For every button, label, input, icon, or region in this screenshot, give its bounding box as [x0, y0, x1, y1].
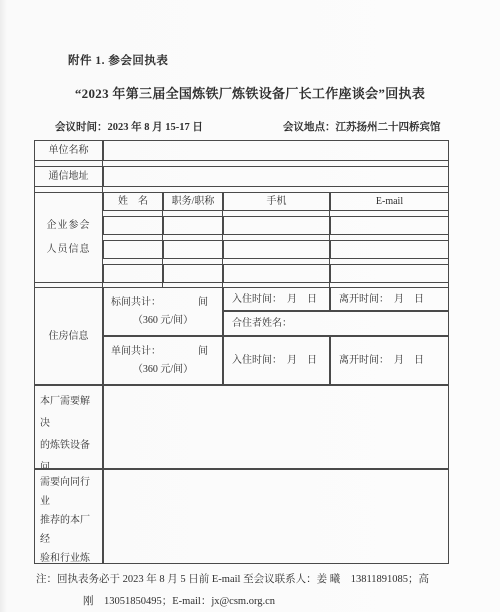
attachment-label: 附件 1. 参会回执表	[68, 52, 500, 68]
column-header-mobile: 手机	[223, 192, 330, 211]
meeting-place-label: 会议地点：	[283, 122, 336, 133]
footnote-line-2: 刚 13051850495；E-mail：jx@csm.org.cn	[36, 591, 460, 612]
participant-mobile-cell	[223, 216, 330, 235]
participant-title-cell	[163, 216, 223, 235]
meeting-time-value: 2023 年 8 月 15-17 日	[108, 122, 203, 133]
checkout-time-cell: 离开时间： 月 日	[330, 336, 449, 385]
problems-cell	[103, 385, 449, 469]
roommate-name-cell: 合住者姓名：	[223, 311, 449, 336]
footnote-line-1: 注：回执表务必于 2023 年 8 月 5 日前 E-mail 至会议联系人：姜…	[36, 569, 460, 591]
column-header-title: 职务/职称	[163, 192, 223, 211]
participant-email-cell	[330, 240, 449, 259]
form-title: “2023 年第三届全国炼铁厂炼铁设备厂长工作座谈会”回执表	[0, 83, 500, 102]
meeting-place-value: 江苏扬州二十四桥宾馆	[336, 122, 441, 133]
housing-section-label: 住房信息	[34, 287, 103, 385]
column-header-email: E-mail	[330, 192, 449, 211]
participant-title-cell	[163, 240, 223, 259]
reply-form-table: 单位名称 通信地址 企业参会 人员信息 姓 名 职务/职称 手机 E-mail …	[34, 140, 449, 564]
participants-section-label: 企业参会 人员信息	[34, 192, 103, 283]
column-header-name: 姓 名	[103, 192, 163, 211]
recommend-cell	[103, 469, 449, 564]
meeting-time-label: 会议时间：	[55, 122, 108, 133]
participant-email-cell	[330, 264, 449, 283]
std-room-cell: 标间共计：间 （360 元/间）	[103, 287, 223, 336]
participant-name-cell	[103, 216, 163, 235]
checkout-time-cell: 离开时间： 月 日	[330, 287, 449, 311]
std-room-price: （360 元/间）	[104, 314, 222, 327]
std-room-unit-label: 间	[198, 296, 208, 309]
single-room-cell: 单间共计：间 （360 元/间）	[103, 336, 223, 385]
address-cell	[103, 166, 449, 187]
participant-title-cell	[163, 264, 223, 283]
checkin-time-cell: 入住时间： 月 日	[223, 336, 330, 385]
problems-section-label: 本厂需要解决 的炼铁设备问 题、冷却壁问 题	[34, 385, 103, 469]
std-room-count-label: 标间共计：	[111, 296, 161, 309]
participant-name-cell	[103, 264, 163, 283]
unit-name-cell	[103, 140, 449, 161]
address-label: 通信地址	[34, 166, 103, 187]
footnote: 注：回执表务必于 2023 年 8 月 5 日前 E-mail 至会议联系人：姜…	[36, 569, 460, 612]
participant-name-cell	[103, 240, 163, 259]
unit-name-label: 单位名称	[34, 140, 103, 161]
meeting-time: 会议时间：2023 年 8 月 15-17 日	[55, 119, 203, 134]
meeting-info-line: 会议时间：2023 年 8 月 15-17 日 会议地点：江苏扬州二十四桥宾馆	[34, 119, 449, 135]
single-room-unit-label: 间	[198, 345, 208, 358]
checkin-time-cell: 入住时间： 月 日	[223, 287, 330, 311]
meeting-place: 会议地点：江苏扬州二十四桥宾馆	[283, 119, 441, 134]
participant-mobile-cell	[223, 264, 330, 283]
single-room-count-label: 单间共计：	[111, 345, 161, 358]
participant-email-cell	[330, 216, 449, 235]
single-room-price: （360 元/间）	[104, 363, 222, 376]
participant-mobile-cell	[223, 240, 330, 259]
recommend-section-label: 需要向同行业 推荐的本厂经 验和行业炼铁 设备冷却壁等 新工艺新技术	[34, 469, 103, 564]
